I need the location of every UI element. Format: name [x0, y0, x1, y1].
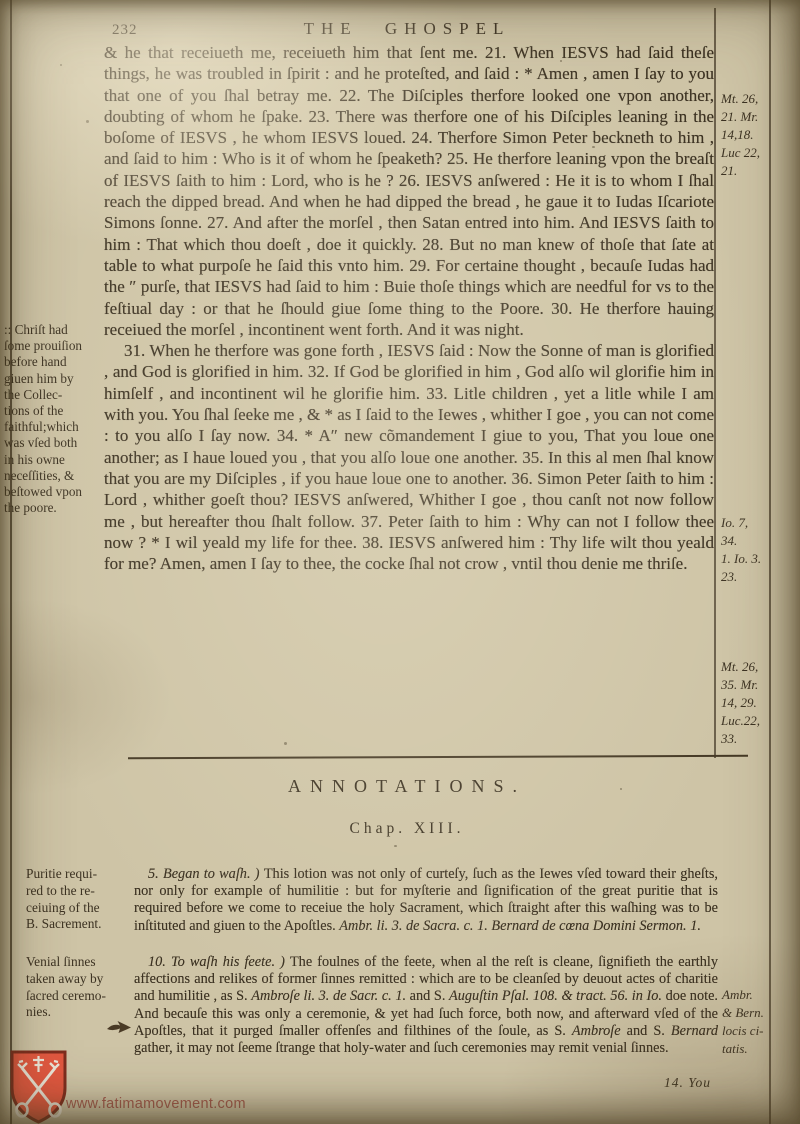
annotation-2: 10. To waſh his feete. ) The foulnes of …: [134, 954, 718, 1057]
running-header: THE GHOSPEL: [100, 19, 714, 39]
margin-note-scripture-ref-2: Io. 7, 34. 1. Io. 3. 23.: [721, 514, 769, 586]
chapter-heading: Chap. XIII.: [100, 820, 714, 838]
annotation-2-citation: Ambroſe: [572, 1023, 621, 1039]
gospel-text-column: & he that receiueth me, receiueth him th…: [104, 42, 714, 574]
ink-speck: [60, 64, 62, 66]
manicule-pointing-hand-icon: [106, 1019, 134, 1035]
ink-speck: [284, 742, 287, 745]
annotation-2-body: gather, it may not ſeeme ſtrange that ho…: [134, 1040, 669, 1056]
section-divider-rule: [128, 755, 748, 759]
right-outer-rule: [769, 0, 771, 1124]
annotation-1: 5. Began to waſh. ) This lotion was not …: [134, 866, 718, 935]
annotation-2-body: and S.: [621, 1023, 671, 1039]
annotation-1-citation: Ambr. li. 3. de Sacra. c. 1. Bernard de …: [339, 918, 701, 934]
watermark-url: www.fatimamovement.com: [66, 1096, 246, 1112]
annotation-2-citation: Auguſtin Pſal. 108. & tract. 56. in Io.: [449, 988, 662, 1004]
annotation-2-lemma: 10. To waſh his feete. ): [148, 954, 290, 970]
left-edge-rule: [10, 0, 12, 1124]
crossed-keys-shield-logo-icon: [10, 1050, 67, 1124]
annotation-2-body: and S.: [406, 988, 449, 1004]
margin-note-ambr-bern: Ambr. & Bern. locis ci- tatis.: [722, 986, 778, 1058]
margin-note-scripture-ref-3: Mt. 26, 35. Mr. 14, 29. Luc.22, 33.: [721, 658, 769, 748]
annotations-heading: ANNOTATIONS.: [100, 776, 714, 797]
annotation-2-paragraph: 10. To waſh his feete. ) The foulnes of …: [134, 954, 718, 1057]
margin-note-puritie: Puritie requi- red to the re- ceiuing of…: [26, 866, 130, 933]
annotation-1-paragraph: 5. Began to waſh. ) This lotion was not …: [134, 866, 718, 935]
ink-speck: [394, 845, 397, 847]
right-inner-rule: [714, 8, 716, 758]
ink-speck: [620, 788, 622, 790]
scanned-page: 232 THE GHOSPEL & he that receiueth me, …: [0, 0, 800, 1124]
catchword: 14. You: [664, 1075, 711, 1091]
ink-speck: [592, 146, 595, 148]
margin-note-christ-prouision: :: Chriſt had ſome prouiſion before hand…: [4, 322, 100, 516]
gospel-paragraph: 31. When he therfore was gone forth , IE…: [104, 340, 714, 574]
annotation-2-citation: Bernard: [671, 1023, 718, 1039]
margin-note-venial-sinnes: Venial ſinnes taken away by ſacred cerem…: [26, 954, 130, 1021]
ink-speck: [86, 120, 89, 123]
margin-note-scripture-ref-1: Mt. 26, 21. Mr. 14,18. Luc 22, 21.: [721, 90, 769, 180]
annotation-2-citation: Ambroſe li. 3. de Sacr. c. 1.: [251, 988, 406, 1004]
annotation-1-lemma: 5. Began to waſh. ): [148, 866, 264, 882]
gospel-paragraph: & he that receiueth me, receiueth him th…: [104, 42, 714, 340]
ink-speck: [560, 60, 562, 62]
